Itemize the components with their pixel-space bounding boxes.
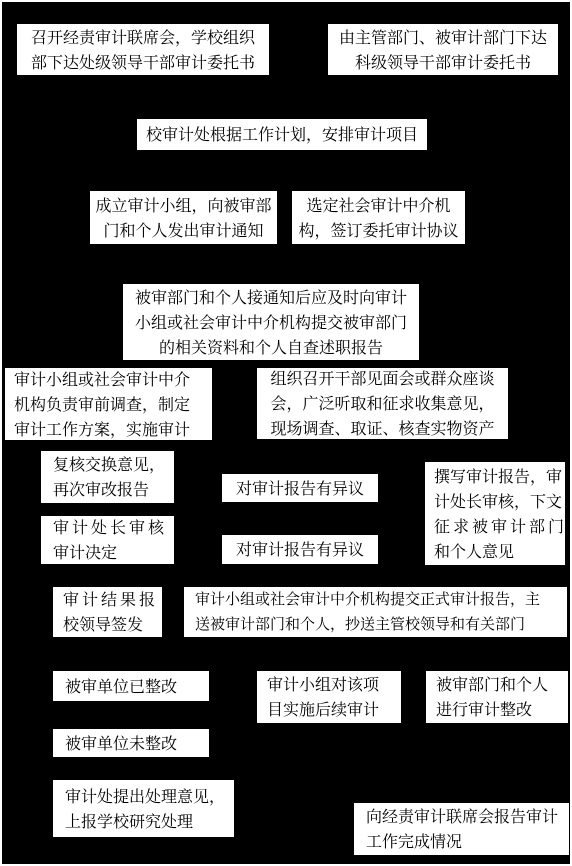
flow-box-meetings-evidence: 组织召开干部见面会或群众座谈 会，广泛听取和征求收集意见， 现场调查、取证、核查… [257,368,508,439]
text-line: 目实施后续审计 [267,697,401,722]
flow-box-rectified: 被审单位已整改 [53,671,209,701]
text-line: 和个人意见 [434,539,565,564]
text-line: 被审部门和个人 [436,672,568,697]
flow-box-draft-report: 撰写审计报告，审 计处长审核，下文 征求被审计部门 和个人意见 [425,462,565,565]
text-line: 撰写审计报告，审 [434,464,565,489]
flow-box-handling-opinion: 审计处提出处理意见， 上报学校研究处理 [53,780,234,837]
text-line: 召开经责审计联席会，学校组织 [17,25,269,50]
text-line: 审计处提出处理意见， [65,784,234,809]
text-line: 复核交换意见， [53,452,174,477]
text-line: 工作完成情况 [366,829,569,854]
flow-box-setup-audit-team: 成立审计小组，向被审部 门和个人发出审计通知 [90,191,277,244]
text-line: 被审单位已整改 [65,674,209,699]
text-line: 审计小组或社会审计中介机构提交正式审计报告，主 [195,587,567,612]
text-line: 对审计报告有异议 [222,476,378,501]
flow-box-rectification: 被审部门和个人 进行审计整改 [426,671,568,723]
text-line: 会，广泛听取和征求收集意见， [257,391,508,416]
text-line: 现场调查、取证、核查实物资产 [257,416,508,439]
text-line: 送被审计部门和个人，抄送主管校领导和有关部门 [195,612,567,637]
text-line: 征求被审计部门 [434,514,565,539]
text-line: 向经责审计联席会报告审计 [366,804,569,829]
text-line: 校领导签发 [63,612,162,637]
text-line: 构，签订委托审计协议 [292,218,465,243]
text-line: 小组或社会审计中介机构提交被审部门 [123,310,419,335]
text-line: 的相关资料和个人自查述职报告 [123,335,419,360]
text-line: 部下达处级领导干部审计委托书 [17,50,269,75]
text-line: 审计结果报 [63,587,162,612]
flow-box-not-rectified: 被审单位未整改 [53,729,209,757]
text-line: 门和个人发出审计通知 [90,218,277,243]
flow-box-follow-up-audit: 审计小组对该项 目实施后续审计 [257,671,401,723]
text-line: 再次审改报告 [53,477,174,502]
text-line: 组织召开干部见面会或群众座谈 [257,368,508,391]
text-line: 成立审计小组，向被审部 [90,193,277,218]
text-line: 由主管部门、被审计部门下达 [328,25,558,50]
text-line: 对审计报告有异议 [222,537,378,562]
text-line: 上报学校研究处理 [65,809,234,834]
flow-box-dept-section-level: 由主管部门、被审计部门下达 科级领导干部审计委托书 [328,24,558,75]
text-line: 选定社会审计中介机 [292,193,465,218]
flow-box-report-completion: 向经责审计联席会报告审计 工作完成情况 [354,803,569,855]
text-line: 进行审计整改 [436,697,568,722]
flow-box-report-objection-2: 对审计报告有异议 [222,535,378,564]
flow-box-pre-audit-survey: 审计小组或社会审计中介 机构负责审前调查，制定 审计工作方案，实施审计 [5,368,212,440]
flow-box-director-review-decision: 审计处长审核 审计决定 [41,516,174,564]
text-line: 校审计处根据工作计划，安排审计项目 [137,122,427,147]
flow-box-joint-meeting-division-level: 召开经责审计联席会，学校组织 部下达处级领导干部审计委托书 [17,24,269,75]
flow-box-formal-report: 审计小组或社会审计中介机构提交正式审计报告，主 送被审计部门和个人，抄送主管校领… [184,587,567,637]
text-line: 审计小组对该项 [267,672,401,697]
flow-box-review-exchange: 复核交换意见， 再次审改报告 [41,451,174,503]
flow-box-select-intermediary: 选定社会审计中介机 构，签订委托审计协议 [292,191,465,244]
text-line: 审计工作方案，实施审计 [14,417,212,441]
text-line: 机构负责审前调查，制定 [14,392,212,417]
flowchart-canvas: 召开经责审计联席会，学校组织 部下达处级领导干部审计委托书 由主管部门、被审计部… [0,0,572,866]
flow-box-audit-office-plan: 校审计处根据工作计划，安排审计项目 [137,119,427,150]
flow-box-report-objection-1: 对审计报告有异议 [222,474,378,502]
flow-box-result-signoff: 审计结果报 校领导签发 [53,587,162,637]
text-line: 审计小组或社会审计中介 [14,368,212,392]
text-line: 科级领导干部审计委托书 [328,50,558,75]
text-line: 被审部门和个人接通知后应及时向审计 [123,285,419,310]
text-line: 计处长审核，下文 [434,489,565,514]
text-line: 被审单位未整改 [65,731,209,756]
flow-box-submit-materials: 被审部门和个人接通知后应及时向审计 小组或社会审计中介机构提交被审部门 的相关资… [123,284,419,360]
text-line: 审计处长审核 [53,516,174,540]
text-line: 审计决定 [53,540,174,564]
